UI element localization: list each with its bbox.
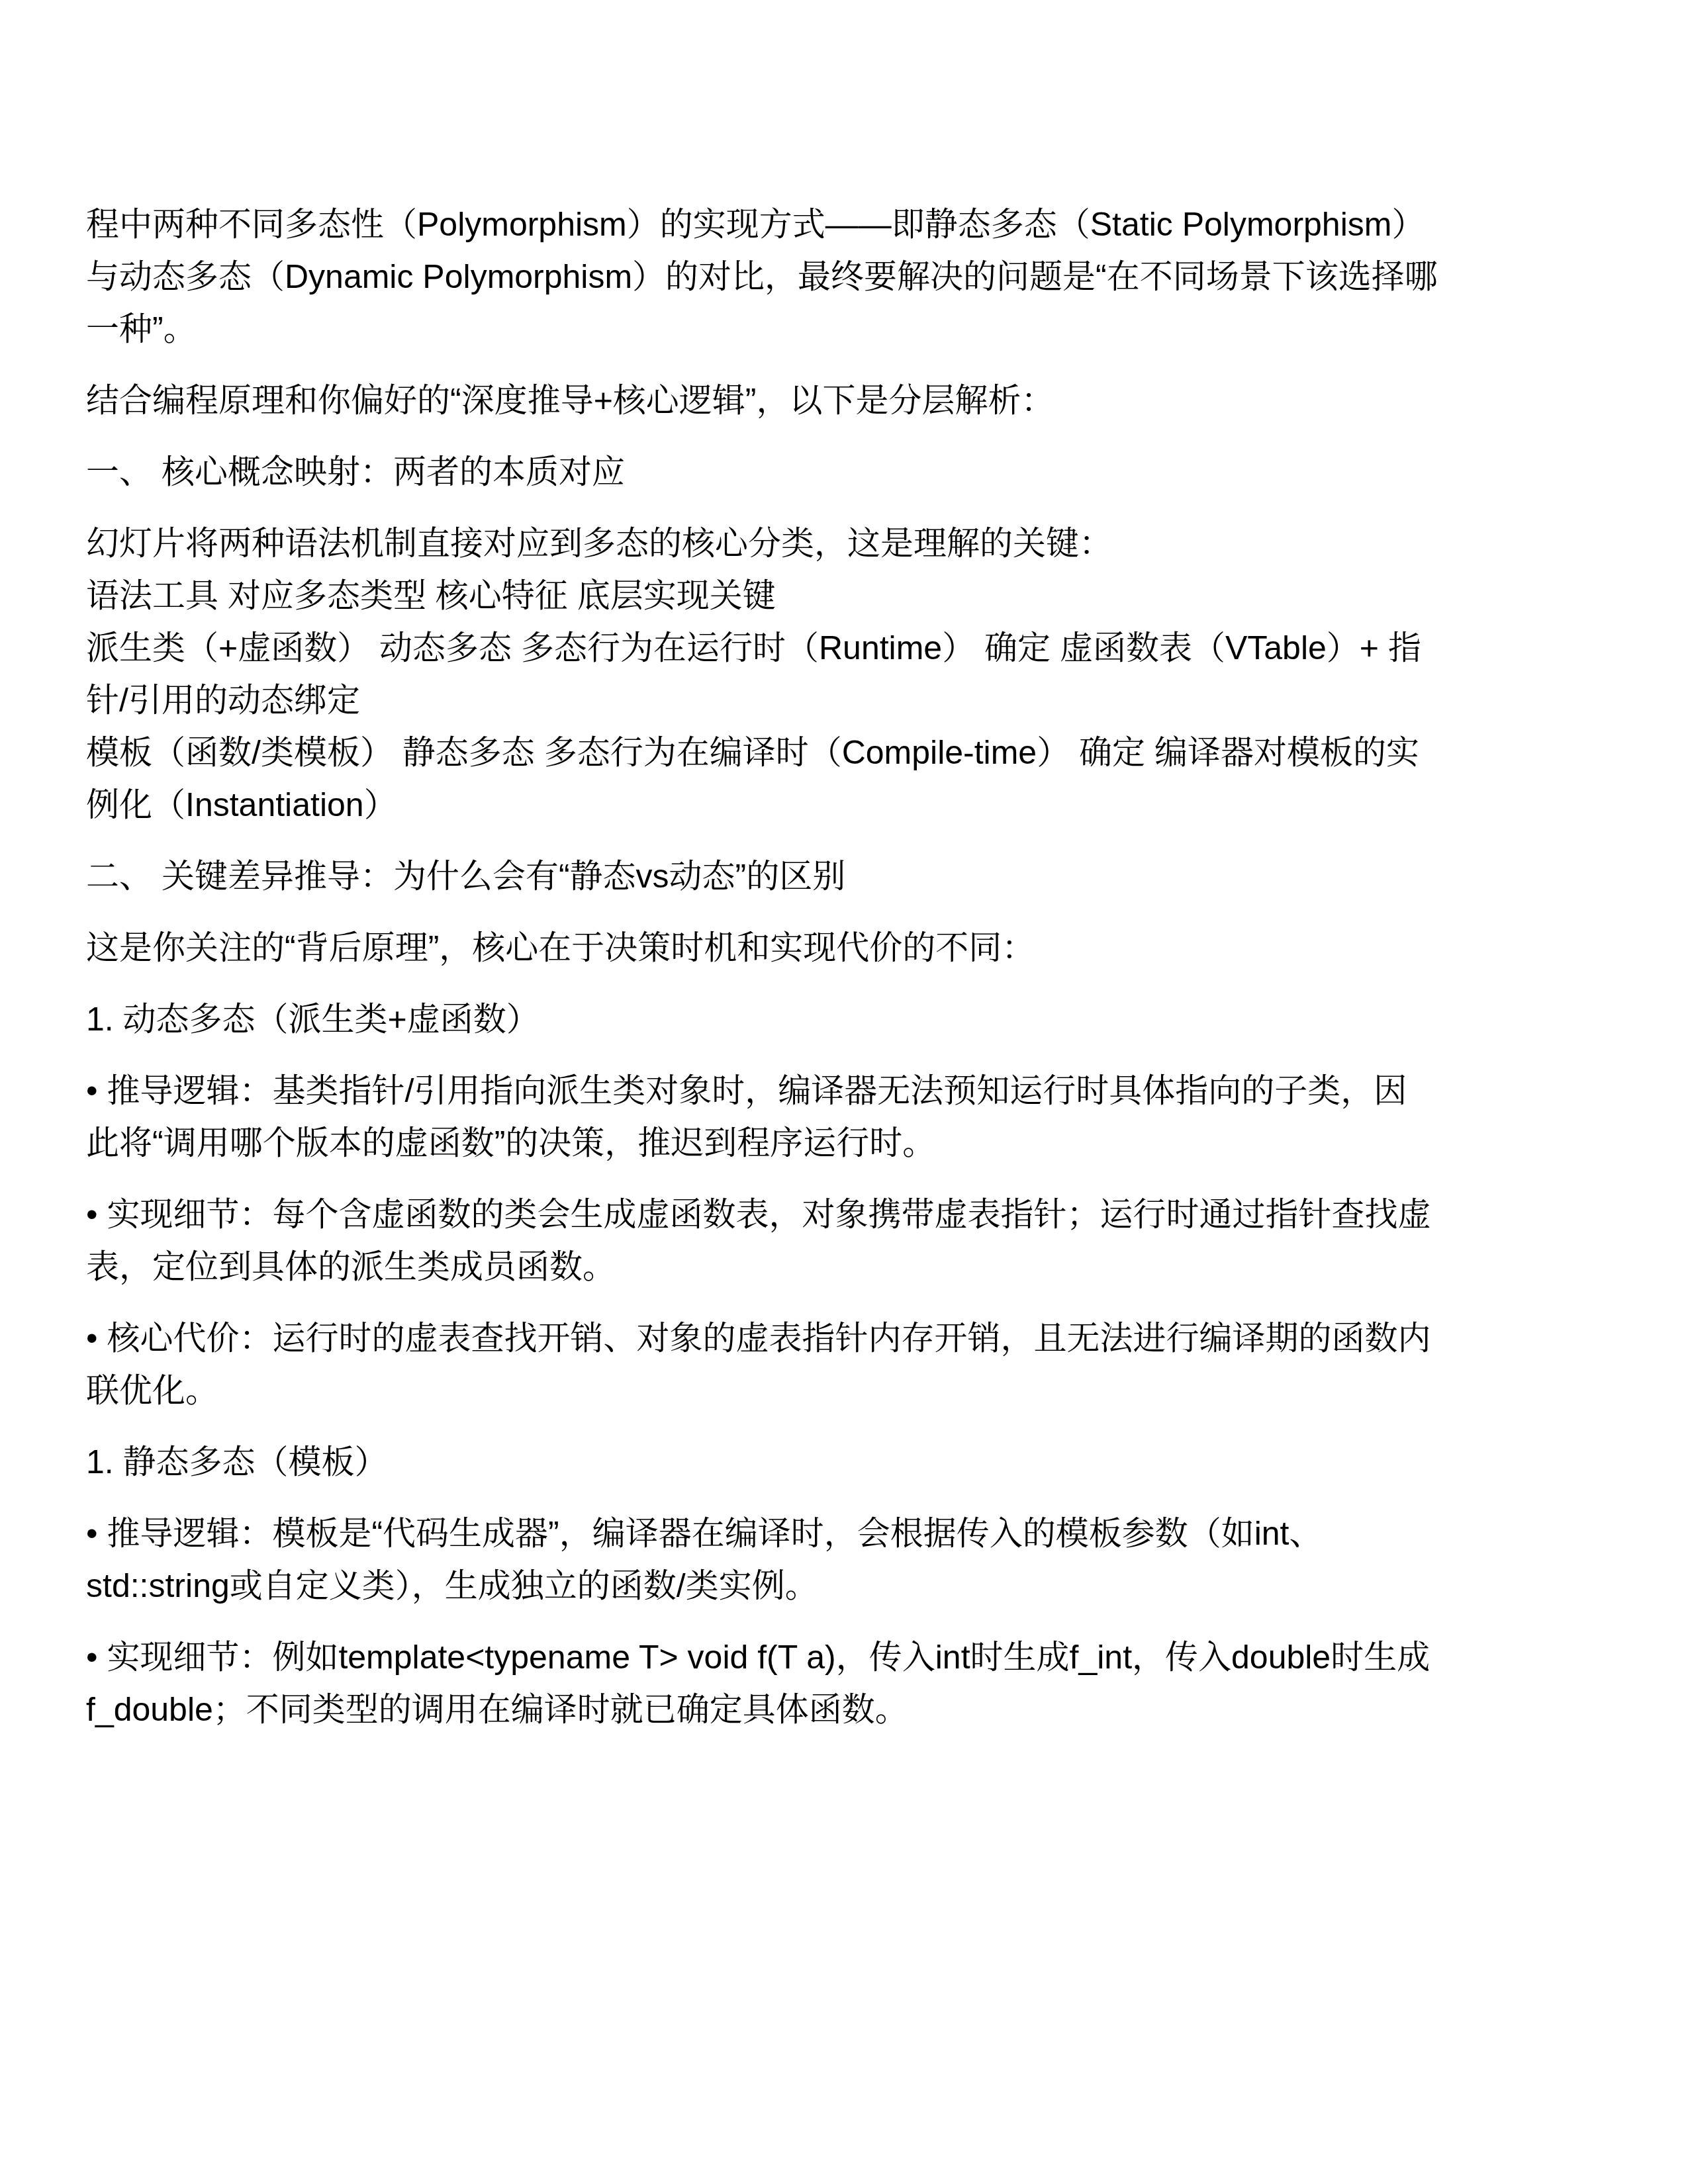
dynamic-cost-bullet: • 核心代价：运行时的虚表查找开销、对象的虚表指针内存开销，且无法进行编译期的函… <box>86 1312 1602 1417</box>
text-line: • 推导逻辑：基类指针/引用指向派生类对象时，编译器无法预知运行时具体指向的子类… <box>86 1065 1602 1117</box>
section-2-intro-paragraph: 这是你关注的“背后原理”，核心在于决策时机和实现代价的不同： <box>86 922 1602 974</box>
text-line: 表，定位到具体的派生类成员函数。 <box>86 1241 1602 1293</box>
text-line: 这是你关注的“背后原理”，核心在于决策时机和实现代价的不同： <box>86 922 1602 974</box>
text-line: • 实现细节：例如template<typename T> void f(T a… <box>86 1631 1602 1684</box>
text-line: 一种”。 <box>86 303 1602 355</box>
text-line: 派生类（+虚函数） 动态多态 多态行为在运行时（Runtime） 确定 虚函数表… <box>86 622 1602 674</box>
text-line: 针/引用的动态绑定 <box>86 674 1602 727</box>
text-line: 程中两种不同多态性（Polymorphism）的实现方式——即静态多态（Stat… <box>86 199 1602 251</box>
text-line: 二、 关键差异推导：为什么会有“静态vs动态”的区别 <box>86 850 1602 903</box>
dynamic-implementation-bullet: • 实现细节：每个含虚函数的类会生成虚函数表，对象携带虚表指针；运行时通过指针查… <box>86 1189 1602 1293</box>
text-line: 幻灯片将两种语法机制直接对应到多态的核心分类，这是理解的关键： <box>86 518 1602 570</box>
text-line: 例化（Instantiation） <box>86 779 1602 831</box>
text-line: 1. 动态多态（派生类+虚函数） <box>86 993 1602 1046</box>
text-line: 与动态多态（Dynamic Polymorphism）的对比，最终要解决的问题是… <box>86 251 1602 303</box>
static-implementation-bullet: • 实现细节：例如template<typename T> void f(T a… <box>86 1631 1602 1736</box>
text-line: 此将“调用哪个版本的虚函数”的决策，推迟到程序运行时。 <box>86 1117 1602 1169</box>
document-page: 程中两种不同多态性（Polymorphism）的实现方式——即静态多态（Stat… <box>0 0 1688 2184</box>
text-line: • 核心代价：运行时的虚表查找开销、对象的虚表指针内存开销，且无法进行编译期的函… <box>86 1312 1602 1365</box>
text-content: 程中两种不同多态性（Polymorphism）的实现方式——即静态多态（Stat… <box>86 199 1602 1755</box>
text-line: • 实现细节：每个含虚函数的类会生成虚函数表，对象携带虚表指针；运行时通过指针查… <box>86 1189 1602 1241</box>
text-line: 联优化。 <box>86 1365 1602 1417</box>
text-line: 语法工具 对应多态类型 核心特征 底层实现关键 <box>86 570 1602 622</box>
intro-paragraph: 程中两种不同多态性（Polymorphism）的实现方式——即静态多态（Stat… <box>86 199 1602 355</box>
static-derivation-bullet: • 推导逻辑：模板是“代码生成器”，编译器在编译时，会根据传入的模板参数（如in… <box>86 1508 1602 1612</box>
context-paragraph: 结合编程原理和你偏好的“深度推导+核心逻辑”，以下是分层解析： <box>86 375 1602 427</box>
text-line: 1. 静态多态（模板） <box>86 1436 1602 1488</box>
text-line: 模板（函数/类模板） 静态多态 多态行为在编译时（Compile-time） 确… <box>86 727 1602 779</box>
mapping-table-paragraph: 幻灯片将两种语法机制直接对应到多态的核心分类，这是理解的关键：语法工具 对应多态… <box>86 518 1602 831</box>
text-line: 结合编程原理和你偏好的“深度推导+核心逻辑”，以下是分层解析： <box>86 375 1602 427</box>
dynamic-derivation-bullet: • 推导逻辑：基类指针/引用指向派生类对象时，编译器无法预知运行时具体指向的子类… <box>86 1065 1602 1169</box>
section-2-heading: 二、 关键差异推导：为什么会有“静态vs动态”的区别 <box>86 850 1602 903</box>
text-line: f_double；不同类型的调用在编译时就已确定具体函数。 <box>86 1684 1602 1736</box>
text-line: 一、 核心概念映射：两者的本质对应 <box>86 446 1602 498</box>
static-polymorphism-heading: 1. 静态多态（模板） <box>86 1436 1602 1488</box>
text-line: std::string或自定义类），生成独立的函数/类实例。 <box>86 1560 1602 1612</box>
section-1-heading: 一、 核心概念映射：两者的本质对应 <box>86 446 1602 498</box>
dynamic-polymorphism-heading: 1. 动态多态（派生类+虚函数） <box>86 993 1602 1046</box>
text-line: • 推导逻辑：模板是“代码生成器”，编译器在编译时，会根据传入的模板参数（如in… <box>86 1508 1602 1560</box>
